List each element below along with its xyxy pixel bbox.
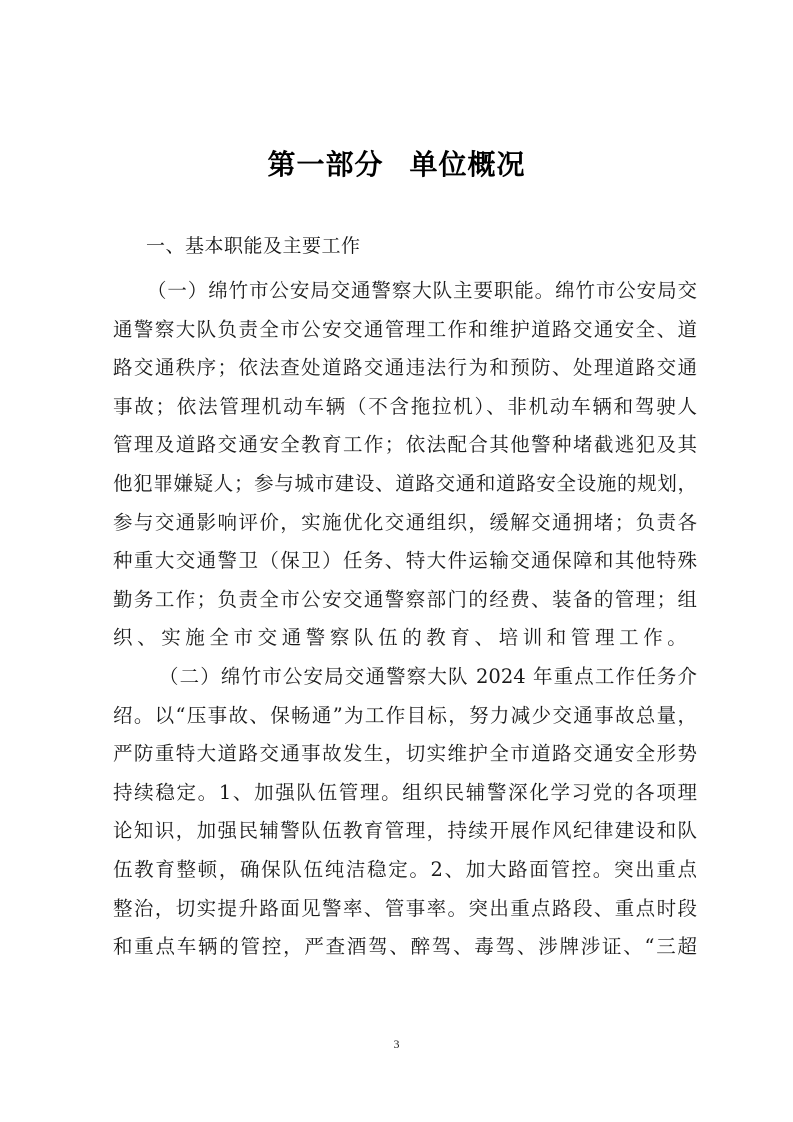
page-number: 3: [0, 1037, 793, 1052]
paragraph1-line: （一）绵竹市公安局交通警察大队主要职能。绵竹市公安局交: [113, 272, 697, 311]
section-heading: 一、基本职能及主要工作: [146, 231, 361, 258]
paragraph2-line: （二）绵竹市公安局交通警察大队 2024 年重点工作任务介: [113, 658, 697, 697]
paragraph2-line: 整治，切实提升路面见警率、管事率。突出重点路段、重点时段: [113, 890, 697, 929]
paragraph2-line: 持续稳定。1、加强队伍管理。组织民辅警深化学习党的各项理: [113, 774, 697, 813]
paragraph2-line: 论知识，加强民辅警队伍教育管理，持续开展作风纪律建设和队: [113, 812, 697, 851]
paragraph2-line: 绍。以“压事故、保畅通”为工作目标，努力减少交通事故总量，: [113, 697, 697, 736]
paragraph2-line: 伍教育整顿，确保队伍纯洁稳定。2、加大路面管控。突出重点: [113, 851, 697, 890]
body-text: （一）绵竹市公安局交通警察大队主要职能。绵竹市公安局交 通警察大队负责全市公安交…: [113, 272, 697, 967]
document-page: 第一部分单位概况 一、基本职能及主要工作 （一）绵竹市公安局交通警察大队主要职能…: [0, 0, 793, 1122]
page-title: 第一部分单位概况: [0, 143, 793, 183]
paragraph2-line: 和重点车辆的管控，严查酒驾、醉驾、毒驾、涉牌涉证、“三超: [113, 928, 697, 967]
paragraph1-line: 他犯罪嫌疑人；参与城市建设、道路交通和道路安全设施的规划，: [113, 465, 697, 504]
paragraph1-line: 事故；依法管理机动车辆（不含拖拉机）、非机动车辆和驾驶人: [113, 388, 697, 427]
paragraph1-line: 参与交通影响评价，实施优化交通组织，缓解交通拥堵；负责各: [113, 504, 697, 543]
paragraph2-line: 严防重特大道路交通事故发生，切实维护全市道路交通安全形势: [113, 735, 697, 774]
paragraph1-line: 种重大交通警卫（保卫）任务、特大件运输交通保障和其他特殊: [113, 542, 697, 581]
paragraph1-line: 勤务工作；负责全市公安交通警察部门的经费、装备的管理；组: [113, 581, 697, 620]
paragraph1-line: 管理及道路交通安全教育工作；依法配合其他警种堵截逃犯及其: [113, 426, 697, 465]
paragraph1-line: 路交通秩序；依法查处道路交通违法行为和预防、处理道路交通: [113, 349, 697, 388]
title-part: 第一部分: [267, 148, 383, 181]
paragraph1-line: 通警察大队负责全市公安交通管理工作和维护道路交通安全、道: [113, 311, 697, 350]
paragraph1-line: 织、实施全市交通警察队伍的教育、培训和管理工作。: [113, 619, 697, 658]
title-name: 单位概况: [410, 148, 526, 181]
